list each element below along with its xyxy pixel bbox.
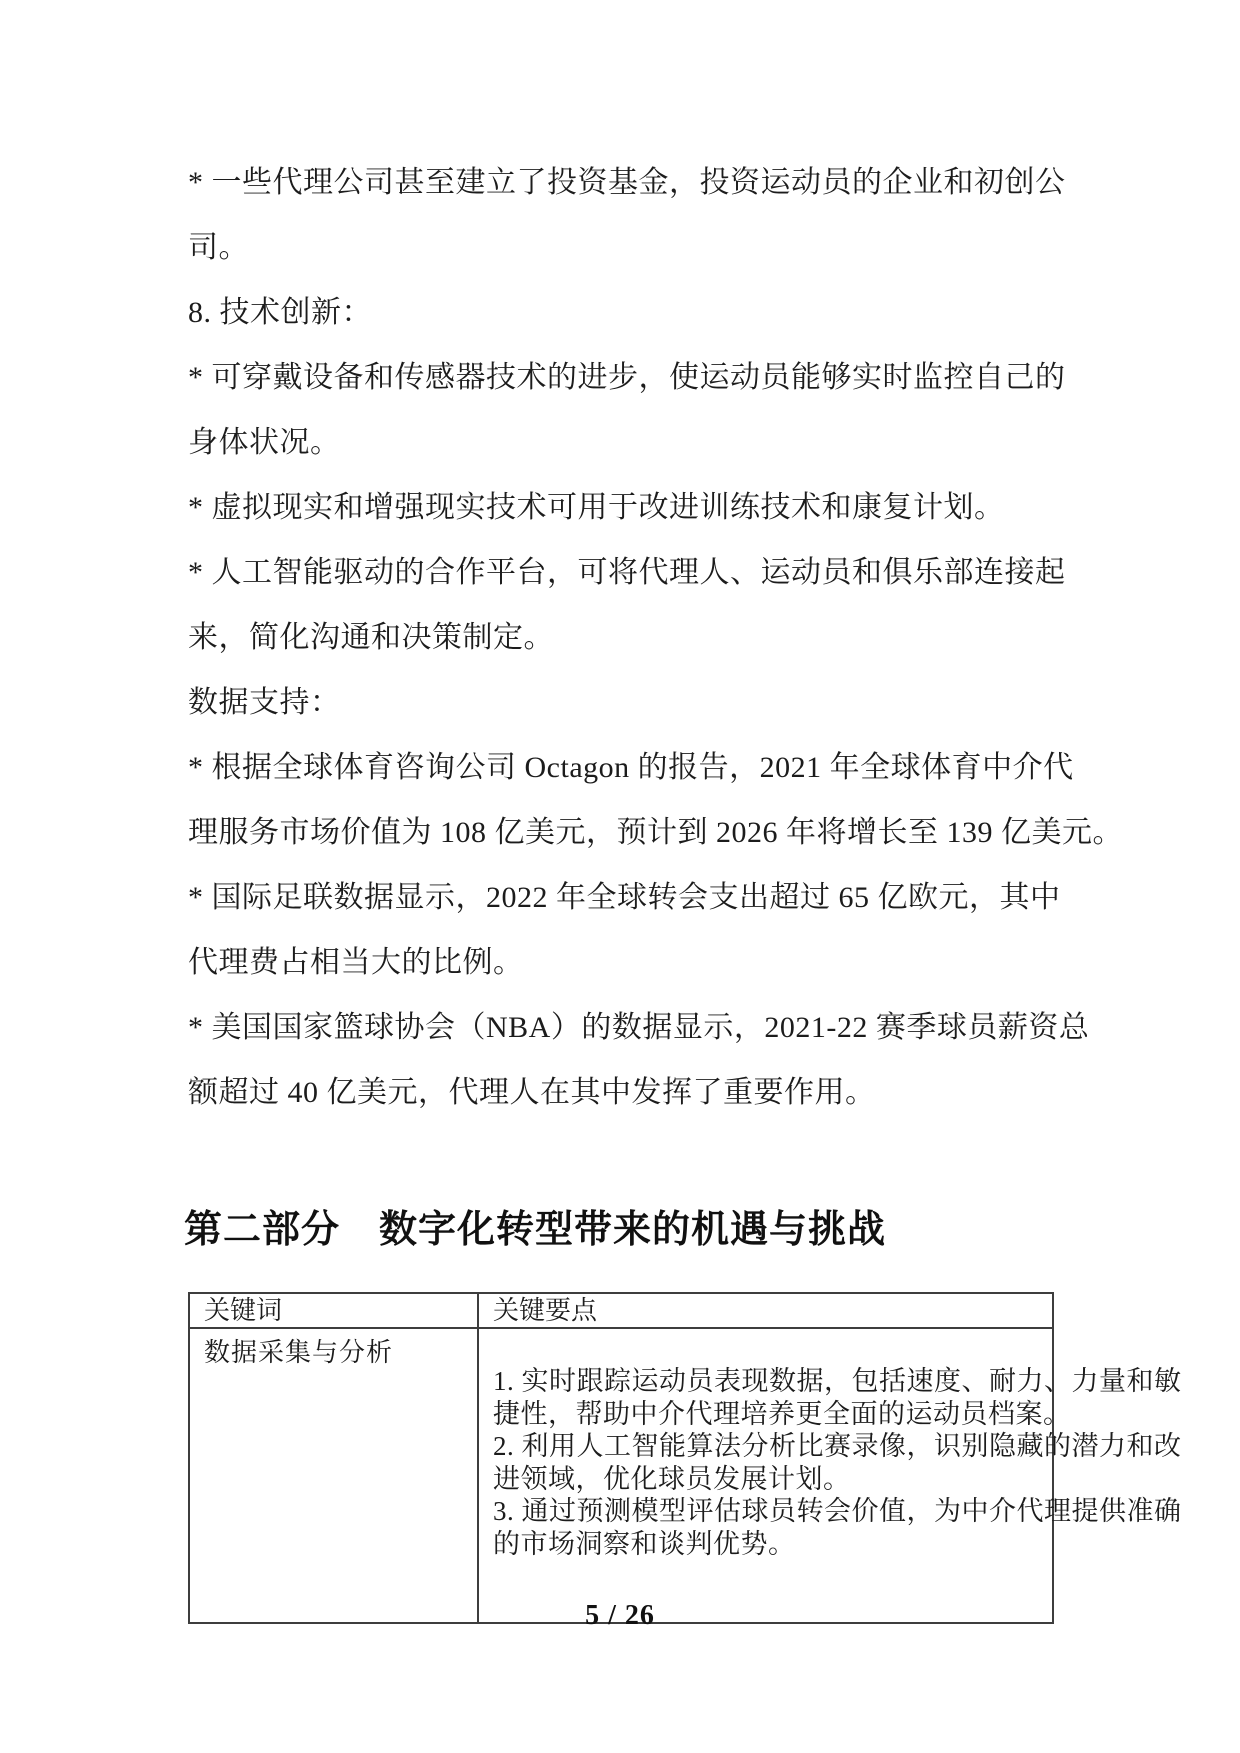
table-header-keypoints: 关键要点 [478, 1293, 1053, 1328]
table-cell-keypoints: 1. 实时跟踪运动员表现数据，包括速度、耐力、力量和敏捷性，帮助中介代理培养更全… [478, 1328, 1053, 1623]
body-text-line: * 根据全球体育咨询公司 Octagon 的报告，2021 年全球体育中介代 [188, 735, 1098, 800]
body-text-line: * 一些代理公司甚至建立了投资基金，投资运动员的企业和初创公 [188, 150, 1098, 215]
page-number: 5 / 26 [0, 1600, 1240, 1632]
body-text-line: 额超过 40 亿美元，代理人在其中发挥了重要作用。 [188, 1060, 1098, 1125]
keypoint-text-line: 3. 通过预测模型评估球员转会价值，为中介代理提供准确 [493, 1495, 1044, 1528]
body-text-line: * 国际足联数据显示，2022 年全球转会支出超过 65 亿欧元，其中 [188, 865, 1098, 930]
table-cell-keyword: 数据采集与分析 [189, 1328, 478, 1623]
body-text-line: 来，简化沟通和决策制定。 [188, 605, 1098, 670]
body-paragraphs: * 一些代理公司甚至建立了投资基金，投资运动员的企业和初创公司。8. 技术创新：… [188, 150, 1098, 1125]
body-text-line: 司。 [188, 215, 1098, 280]
body-text-line: * 人工智能驱动的合作平台，可将代理人、运动员和俱乐部连接起 [188, 540, 1098, 605]
keypoint-text-line: 进领域，优化球员发展计划。 [493, 1463, 1044, 1496]
body-text-line: 代理费占相当大的比例。 [188, 930, 1098, 995]
body-text-line: * 可穿戴设备和传感器技术的进步，使运动员能够实时监控自己的 [188, 345, 1098, 410]
body-text-line: * 美国国家篮球协会（NBA）的数据显示，2021-22 赛季球员薪资总 [188, 995, 1098, 1060]
document-page: * 一些代理公司甚至建立了投资基金，投资运动员的企业和初创公司。8. 技术创新：… [0, 0, 1240, 1753]
body-text-line: 数据支持： [188, 670, 1098, 735]
body-text-line: 理服务市场价值为 108 亿美元，预计到 2026 年将增长至 139 亿美元。 [188, 800, 1098, 865]
keypoints-table: 关键词 关键要点 数据采集与分析 1. 实时跟踪运动员表现数据，包括速度、耐力、… [188, 1292, 1054, 1624]
keypoint-text-line: 的市场洞察和谈判优势。 [493, 1528, 1044, 1561]
keypoint-text-line: 1. 实时跟踪运动员表现数据，包括速度、耐力、力量和敏 [493, 1365, 1044, 1398]
table-header-row: 关键词 关键要点 [189, 1293, 1053, 1328]
body-text-line: 身体状况。 [188, 410, 1098, 475]
keypoint-text-line: 2. 利用人工智能算法分析比赛录像，识别隐藏的潜力和改 [493, 1430, 1044, 1463]
body-text-line: 8. 技术创新： [188, 280, 1098, 345]
section-heading: 第二部分 数字化转型带来的机遇与挑战 [184, 1204, 886, 1256]
keypoint-text-line: 捷性，帮助中介代理培养更全面的运动员档案。 [493, 1398, 1044, 1431]
table-row: 数据采集与分析 1. 实时跟踪运动员表现数据，包括速度、耐力、力量和敏捷性，帮助… [189, 1328, 1053, 1623]
table-header-keyword: 关键词 [189, 1293, 478, 1328]
body-text-line: * 虚拟现实和增强现实技术可用于改进训练技术和康复计划。 [188, 475, 1098, 540]
